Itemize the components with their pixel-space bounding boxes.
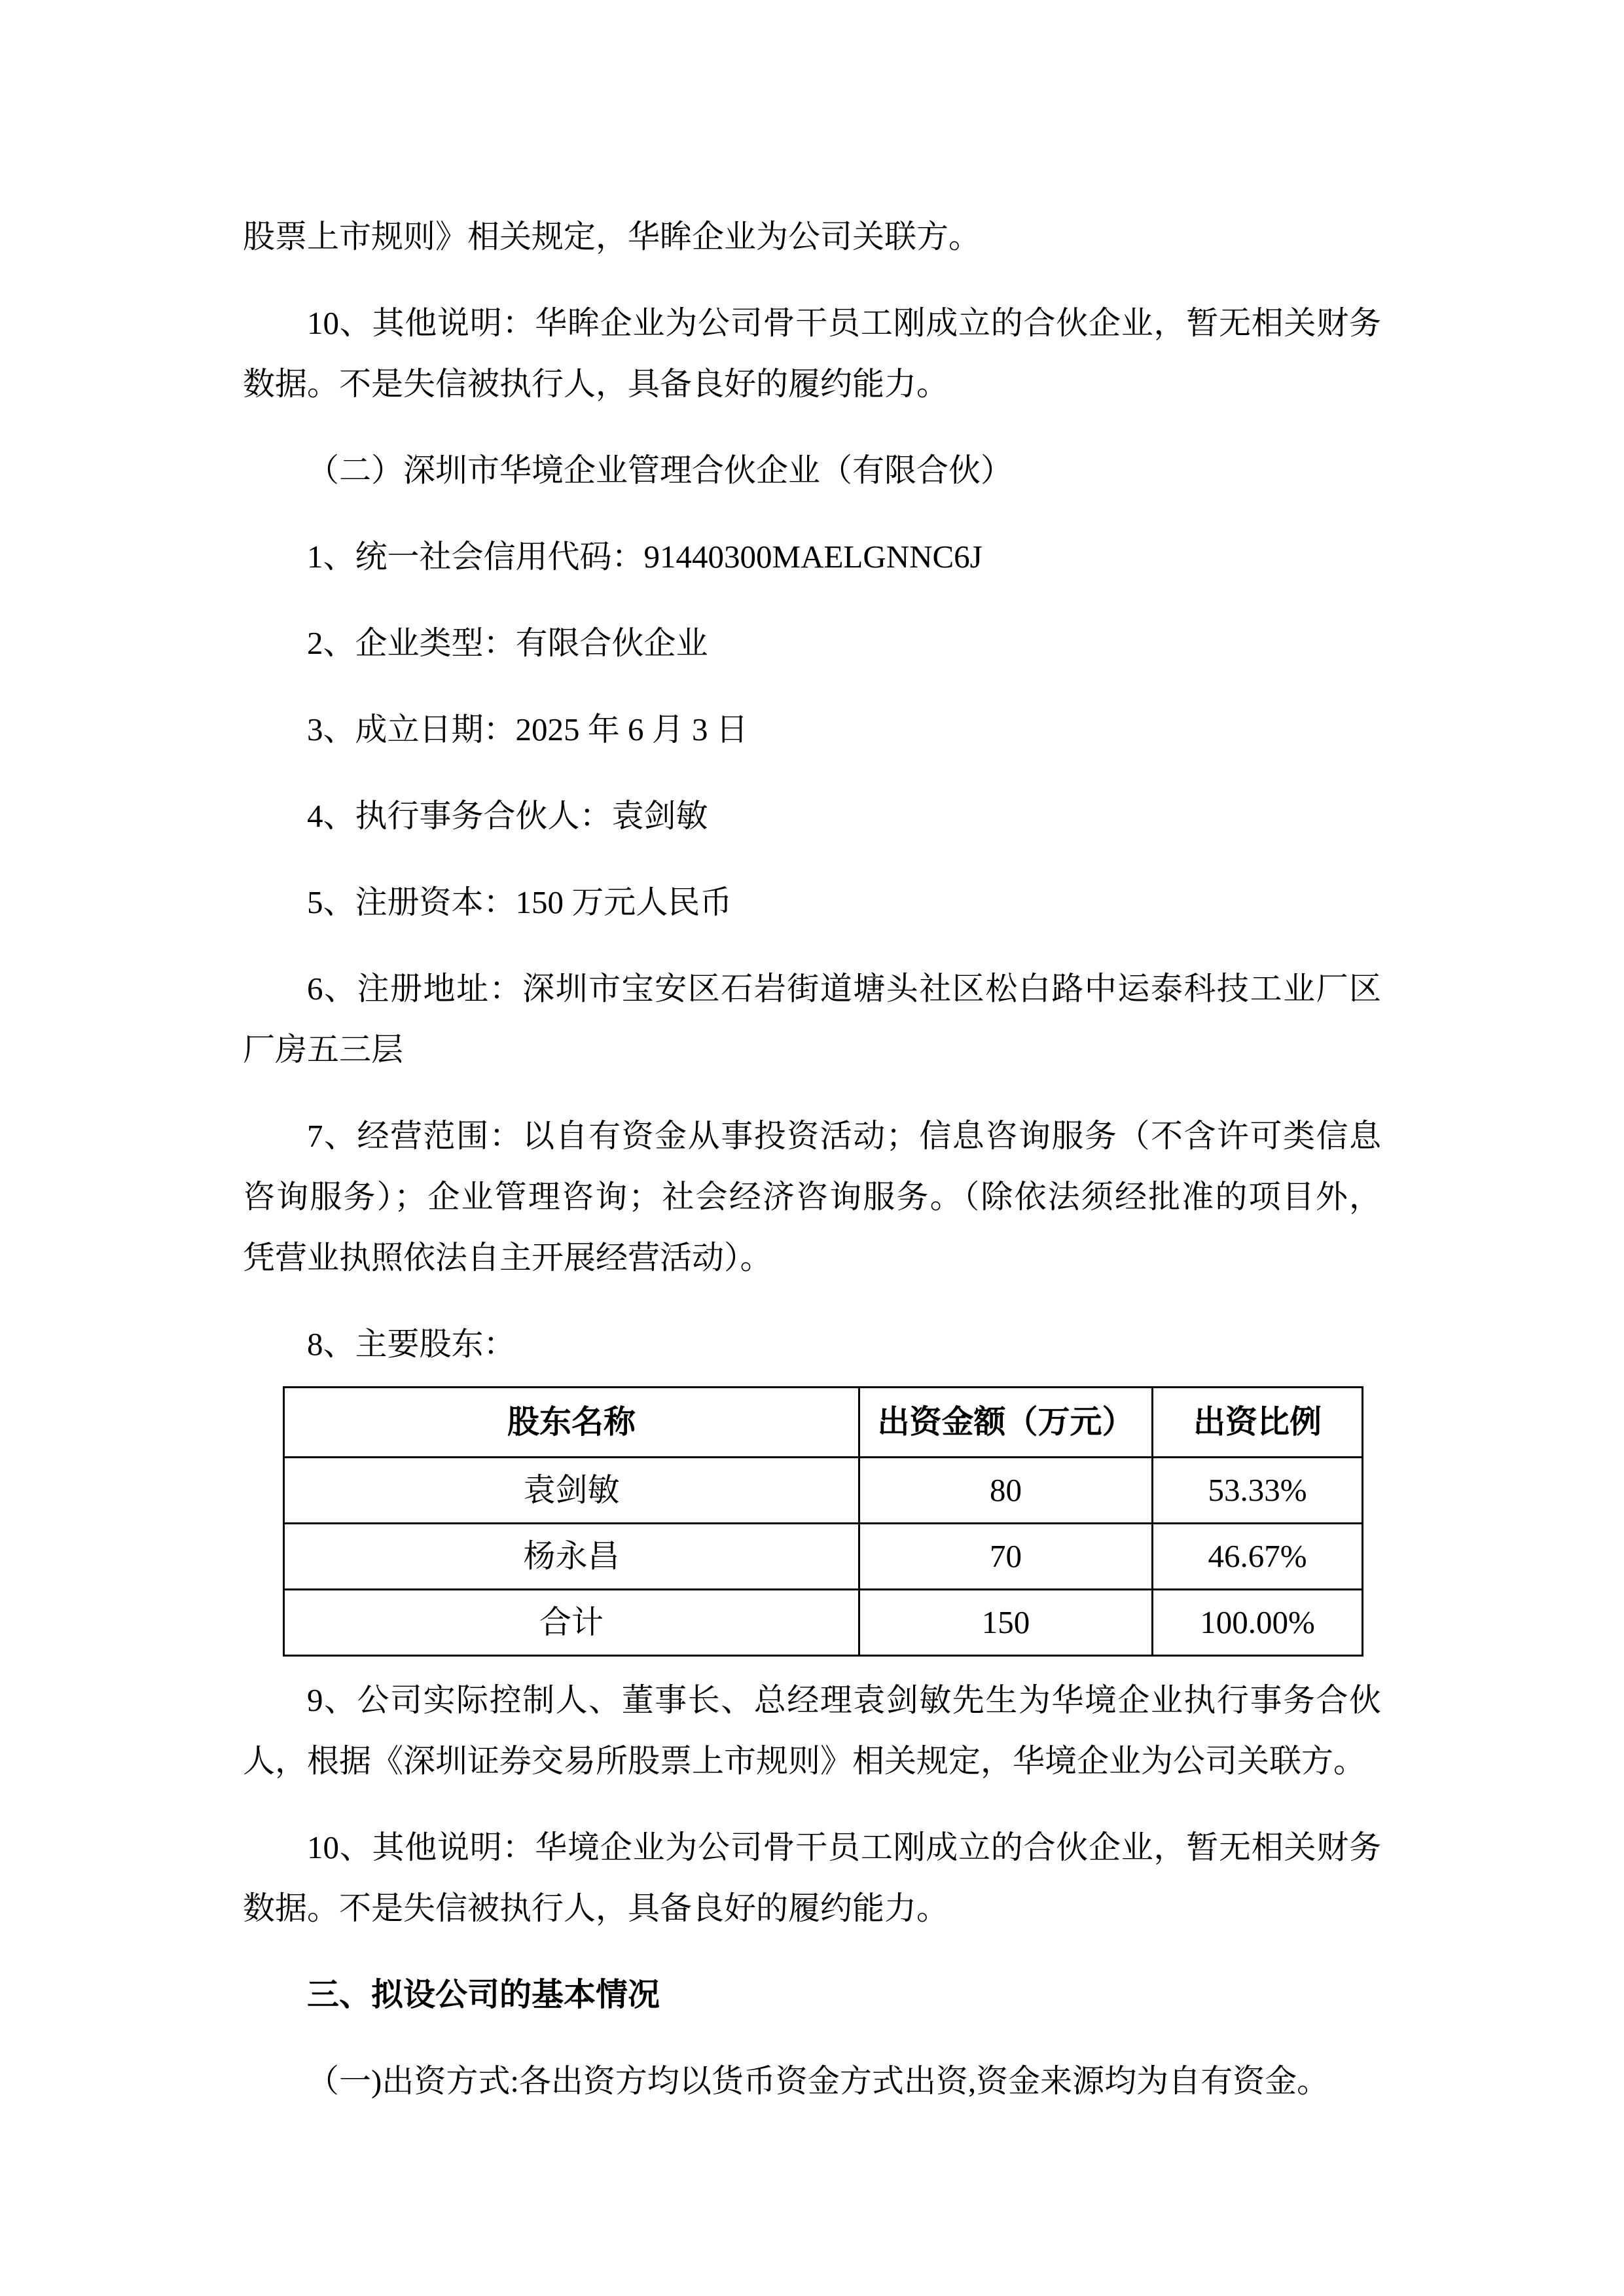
doc-line: 人，根据《深圳证券交易所股票上市规则》相关规定，华境企业为公司关联方。 <box>243 1731 1381 1791</box>
table-row-total: 合计 150 100.00% <box>284 1590 1363 1656</box>
doc-line: 凭营业执照依法自主开展经营活动）。 <box>243 1227 1381 1288</box>
section-heading: （二）深圳市华境企业管理合伙企业（有限合伙） <box>243 440 1381 501</box>
doc-line: 股票上市规则》相关规定，华眸企业为公司关联方。 <box>243 206 1381 267</box>
doc-line: 10、其他说明：华境企业为公司骨干员工刚成立的合伙企业，暂无相关财务 <box>243 1817 1381 1878</box>
cell-shareholder-name: 袁剑敏 <box>284 1458 859 1524</box>
section-heading: 三、拟设公司的基本情况 <box>243 1964 1381 2025</box>
doc-line: 数据。不是失信被执行人，具备良好的履约能力。 <box>243 353 1381 414</box>
cell-shareholder-name: 合计 <box>284 1590 859 1656</box>
doc-line: 6、注册地址：深圳市宝安区石岩街道塘头社区松白路中运泰科技工业厂区 <box>243 958 1381 1019</box>
doc-line: 5、注册资本：150 万元人民币 <box>243 872 1381 933</box>
cell-contribution-amount: 150 <box>859 1590 1153 1656</box>
doc-line: 8、主要股东： <box>243 1314 1381 1374</box>
doc-line: 厂房五三层 <box>243 1019 1381 1080</box>
doc-line: 3、成立日期：2025 年 6 月 3 日 <box>243 699 1381 760</box>
table-header-shareholder-name: 股东名称 <box>284 1388 859 1458</box>
document-page: 股票上市规则》相关规定，华眸企业为公司关联方。 10、其他说明：华眸企业为公司骨… <box>0 0 1624 2296</box>
doc-line: 7、经营范围：以自有资金从事投资活动；信息咨询服务（不含许可类信息 <box>243 1105 1381 1166</box>
doc-line: 2、企业类型：有限合伙企业 <box>243 613 1381 673</box>
cell-contribution-amount: 70 <box>859 1524 1153 1590</box>
table-row: 杨永昌 70 46.67% <box>284 1524 1363 1590</box>
cell-shareholder-name: 杨永昌 <box>284 1524 859 1590</box>
cell-contribution-amount: 80 <box>859 1458 1153 1524</box>
cell-contribution-ratio: 53.33% <box>1153 1458 1363 1524</box>
cell-contribution-ratio: 100.00% <box>1153 1590 1363 1656</box>
table-header-row: 股东名称 出资金额（万元） 出资比例 <box>284 1388 1363 1458</box>
cell-contribution-ratio: 46.67% <box>1153 1524 1363 1590</box>
doc-line: （一)出资方式:各出资方均以货币资金方式出资,资金来源均为自有资金。 <box>243 2051 1381 2111</box>
shareholders-table: 股东名称 出资金额（万元） 出资比例 袁剑敏 80 53.33% 杨永昌 70 … <box>283 1386 1363 1657</box>
table-header-contribution-ratio: 出资比例 <box>1153 1388 1363 1458</box>
doc-line: 数据。不是失信被执行人，具备良好的履约能力。 <box>243 1878 1381 1939</box>
table-header-contribution-amount: 出资金额（万元） <box>859 1388 1153 1458</box>
doc-line: 4、执行事务合伙人：袁剑敏 <box>243 785 1381 846</box>
doc-line: 10、其他说明：华眸企业为公司骨干员工刚成立的合伙企业，暂无相关财务 <box>243 293 1381 353</box>
doc-line: 1、统一社会信用代码：91440300MAELGNNC6J <box>243 526 1381 587</box>
doc-line: 9、公司实际控制人、董事长、总经理袁剑敏先生为华境企业执行事务合伙 <box>243 1670 1381 1731</box>
table-row: 袁剑敏 80 53.33% <box>284 1458 1363 1524</box>
doc-line: 咨询服务）；企业管理咨询；社会经济咨询服务。（除依法须经批准的项目外， <box>243 1166 1381 1227</box>
